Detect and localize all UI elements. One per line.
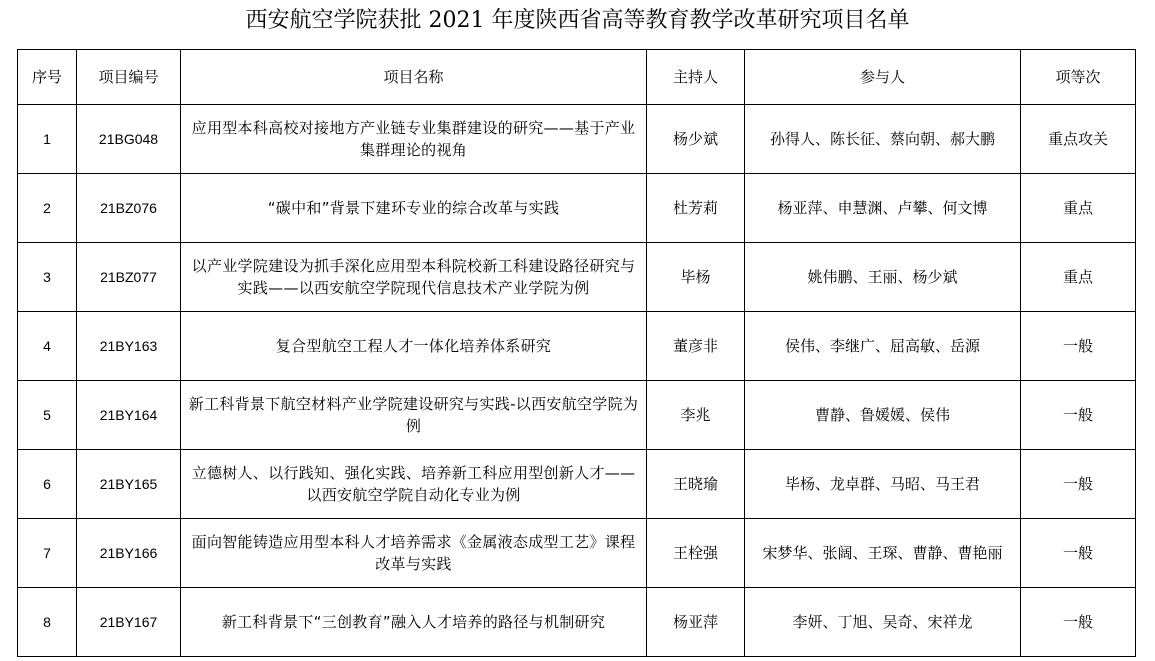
cell-level: 一般	[1021, 588, 1136, 657]
cell-members: 孙得人、陈长征、蔡向朝、郝大鹏	[745, 105, 1021, 174]
cell-level: 一般	[1021, 312, 1136, 381]
cell-project-name: “碳中和”背景下建环专业的综合改革与实践	[181, 174, 647, 243]
header-members: 参与人	[745, 50, 1021, 105]
cell-project-name: 立德树人、以行践知、强化实践、培养新工科应用型创新人才——以西安航空学院自动化专…	[181, 450, 647, 519]
cell-members: 姚伟鹏、王丽、杨少斌	[745, 243, 1021, 312]
cell-level: 重点攻关	[1021, 105, 1136, 174]
cell-host: 毕杨	[647, 243, 745, 312]
table-row: 6 21BY165 立德树人、以行践知、强化实践、培养新工科应用型创新人才——以…	[18, 450, 1136, 519]
cell-seq: 4	[18, 312, 77, 381]
cell-host: 杨亚萍	[647, 588, 745, 657]
cell-seq: 3	[18, 243, 77, 312]
cell-seq: 8	[18, 588, 77, 657]
cell-level: 重点	[1021, 174, 1136, 243]
cell-host: 王晓瑜	[647, 450, 745, 519]
cell-project-name: 新工科背景下“三创教育”融入人才培养的路径与机制研究	[181, 588, 647, 657]
table-header-row: 序号 项目编号 项目名称 主持人 参与人 项等次	[18, 50, 1136, 105]
header-level: 项等次	[1021, 50, 1136, 105]
table-row: 4 21BY163 复合型航空工程人才一体化培养体系研究 董彦非 侯伟、李继广、…	[18, 312, 1136, 381]
cell-project-code: 21BY167	[77, 588, 181, 657]
cell-members: 李妍、丁旭、吴奇、宋祥龙	[745, 588, 1021, 657]
table-row: 5 21BY164 新工科背景下航空材料产业学院建设研究与实践-以西安航空学院为…	[18, 381, 1136, 450]
cell-project-code: 21BZ076	[77, 174, 181, 243]
cell-project-name: 应用型本科高校对接地方产业链专业集群建设的研究——基于产业集群理论的视角	[181, 105, 647, 174]
cell-seq: 5	[18, 381, 77, 450]
cell-level: 一般	[1021, 519, 1136, 588]
cell-host: 杨少斌	[647, 105, 745, 174]
table-row: 3 21BZ077 以产业学院建设为抓手深化应用型本科院校新工科建设路径研究与实…	[18, 243, 1136, 312]
cell-seq: 6	[18, 450, 77, 519]
cell-members: 杨亚萍、申慧渊、卢攀、何文博	[745, 174, 1021, 243]
header-project-name: 项目名称	[181, 50, 647, 105]
cell-project-code: 21BY164	[77, 381, 181, 450]
cell-members: 宋梦华、张阔、王琛、曹静、曹艳丽	[745, 519, 1021, 588]
header-host: 主持人	[647, 50, 745, 105]
cell-host: 李兆	[647, 381, 745, 450]
document-title: 西安航空学院获批 2021 年度陕西省高等教育教学改革研究项目名单	[0, 6, 1155, 36]
cell-level: 一般	[1021, 381, 1136, 450]
cell-host: 杜芳莉	[647, 174, 745, 243]
cell-seq: 2	[18, 174, 77, 243]
cell-members: 侯伟、李继广、屈高敏、岳源	[745, 312, 1021, 381]
cell-project-code: 21BG048	[77, 105, 181, 174]
header-project-code: 项目编号	[77, 50, 181, 105]
cell-seq: 1	[18, 105, 77, 174]
table-row: 8 21BY167 新工科背景下“三创教育”融入人才培养的路径与机制研究 杨亚萍…	[18, 588, 1136, 657]
cell-host: 董彦非	[647, 312, 745, 381]
header-seq: 序号	[18, 50, 77, 105]
cell-project-code: 21BZ077	[77, 243, 181, 312]
cell-level: 重点	[1021, 243, 1136, 312]
cell-project-name: 复合型航空工程人才一体化培养体系研究	[181, 312, 647, 381]
cell-project-code: 21BY163	[77, 312, 181, 381]
table-row: 2 21BZ076 “碳中和”背景下建环专业的综合改革与实践 杜芳莉 杨亚萍、申…	[18, 174, 1136, 243]
table-row: 7 21BY166 面向智能铸造应用型本科人才培养需求《金属液态成型工艺》课程改…	[18, 519, 1136, 588]
cell-project-code: 21BY166	[77, 519, 181, 588]
cell-seq: 7	[18, 519, 77, 588]
cell-host: 王栓强	[647, 519, 745, 588]
cell-project-code: 21BY165	[77, 450, 181, 519]
table-row: 1 21BG048 应用型本科高校对接地方产业链专业集群建设的研究——基于产业集…	[18, 105, 1136, 174]
project-list-table: 序号 项目编号 项目名称 主持人 参与人 项等次 1 21BG048 应用型本科…	[17, 49, 1136, 657]
cell-level: 一般	[1021, 450, 1136, 519]
cell-project-name: 新工科背景下航空材料产业学院建设研究与实践-以西安航空学院为例	[181, 381, 647, 450]
cell-members: 毕杨、龙卓群、马昭、马王君	[745, 450, 1021, 519]
cell-members: 曹静、鲁媛媛、侯伟	[745, 381, 1021, 450]
cell-project-name: 以产业学院建设为抓手深化应用型本科院校新工科建设路径研究与实践——以西安航空学院…	[181, 243, 647, 312]
cell-project-name: 面向智能铸造应用型本科人才培养需求《金属液态成型工艺》课程改革与实践	[181, 519, 647, 588]
